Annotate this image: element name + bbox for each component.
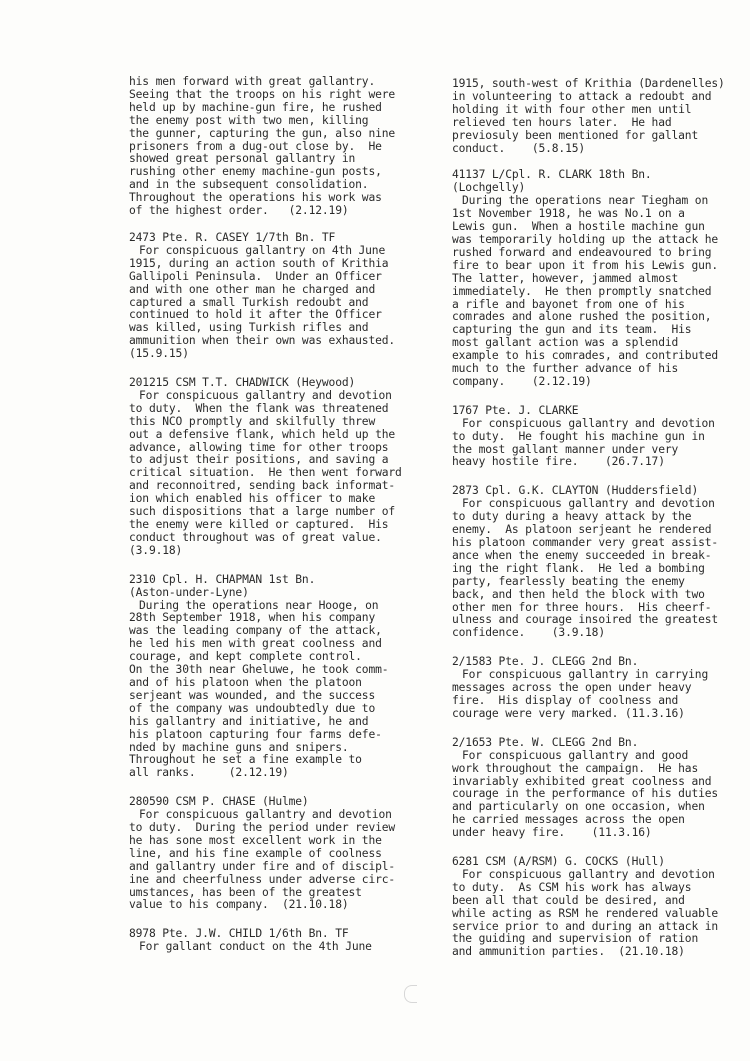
citation-entry: 201215 CSM T.T. CHADWICK (Heywood)For co… — [129, 377, 429, 558]
text-line: For conspicuous gallantry on 4th June — [129, 245, 429, 258]
text-line: ance when the enemy succeeded in break- — [452, 550, 747, 563]
text-line: For conspicuous gallantry and devotion — [129, 390, 429, 403]
text-line: to duty. As CSM his work has always — [452, 882, 747, 895]
text-line: serjeant was wounded, and the success — [129, 690, 429, 703]
text-line: this NCO promptly and skilfully threw — [129, 416, 429, 429]
text-line: he has sone most excellent work in the — [129, 835, 429, 848]
text-line: immediately. He then promptly snatched — [452, 286, 747, 299]
text-line: For conspicuous gallantry and devotion — [452, 869, 747, 882]
text-line: his platoon capturing four farms defe- — [129, 729, 429, 742]
citation-entry: 1767 Pte. J. CLARKEFor conspicuous galla… — [452, 405, 747, 470]
citation-entry: 2/1583 Pte. J. CLEGG 2nd Bn.For conspicu… — [452, 656, 747, 721]
entry-heading: 6281 CSM (A/RSM) G. COCKS (Hull) — [452, 856, 747, 869]
entry-heading: 2/1653 Pte. W. CLEGG 2nd Bn. — [452, 737, 747, 750]
text-line: to duty. When the flank was threatened — [129, 403, 429, 416]
text-line: in volunteering to attack a redoubt and — [452, 91, 747, 104]
text-line: held up by machine-gun fire, he rushed — [129, 102, 429, 115]
text-line: party, fearlessly beating the enemy — [452, 576, 747, 589]
text-line: his gallantry and initiative, he and — [129, 716, 429, 729]
text-line: the gunner, capturing the gun, also nine — [129, 128, 429, 141]
text-line: conduct throughout was of great value. — [129, 532, 429, 545]
text-line: and ammunition parties. (21.10.18) — [452, 946, 747, 959]
text-line: all ranks. (2.12.19) — [129, 767, 429, 780]
text-line: (3.9.18) — [129, 545, 429, 558]
text-line: value to his company. (21.10.18) — [129, 899, 429, 912]
text-line: 1915, during an action south of Krithia — [129, 258, 429, 271]
entry-heading: 1767 Pte. J. CLARKE — [452, 405, 747, 418]
text-line: confidence. (3.9.18) — [452, 627, 747, 640]
text-line: line, and his fine example of coolness — [129, 848, 429, 861]
text-line: and of his platoon when the platoon — [129, 677, 429, 690]
text-line: been all that could be desired, and — [452, 895, 747, 908]
text-line: to duty. During the period under review — [129, 822, 429, 835]
citation-entry: 2873 Cpl. G.K. CLAYTON (Huddersfield)For… — [452, 485, 747, 640]
entry-heading-location: (Aston-under-Lyne) — [129, 587, 429, 600]
entry-heading: 2310 Cpl. H. CHAPMAN 1st Bn. — [129, 574, 429, 587]
text-line: of the company was undoubtedly due to — [129, 703, 429, 716]
text-line: fire to bear upon it from his Lewis gun. — [452, 260, 747, 273]
text-line: fire. His display of coolness and — [452, 695, 747, 708]
text-line: holding it with four other men until — [452, 104, 747, 117]
entries-list: 2473 Pte. R. CASEY 1/7th Bn. TFFor consp… — [129, 232, 429, 954]
left-column: his men forward with great gallantry.See… — [129, 76, 429, 970]
text-line: For conspicuous gallantry and devotion — [452, 418, 747, 431]
text-line: was temporarily holding up the attack he — [452, 234, 747, 247]
text-line: of the highest order. (2.12.19) — [129, 205, 429, 218]
text-line: previosuly been mentioned for gallant — [452, 130, 747, 143]
text-line: heavy hostile fire. (26.7.17) — [452, 456, 747, 469]
entry-heading: 201215 CSM T.T. CHADWICK (Heywood) — [129, 377, 429, 390]
citation-entry: 2473 Pte. R. CASEY 1/7th Bn. TFFor consp… — [129, 232, 429, 361]
text-line: ine and cheerfulness under adverse circ- — [129, 874, 429, 887]
continuation-entry: his men forward with great gallantry.See… — [129, 76, 429, 218]
text-line: much to the further advance of his — [452, 363, 747, 376]
text-line: company. (2.12.19) — [452, 376, 747, 389]
citation-entry: 8978 Pte. J.W. CHILD 1/6th Bn. TFFor gal… — [129, 928, 429, 954]
text-line: For gallant conduct on the 4th June — [129, 941, 429, 954]
text-line: and gallantry under fire and of discipl- — [129, 861, 429, 874]
citation-entry: 6281 CSM (A/RSM) G. COCKS (Hull)For cons… — [452, 856, 747, 959]
text-line: the enemy post with two men, killing — [129, 115, 429, 128]
continuation-entry: 1915, south-west of Krithia (Dardenelles… — [452, 78, 747, 155]
entries-list: 41137 L/Cpl. R. CLARK 18th Bn.(Lochgelly… — [452, 169, 747, 959]
text-line: For conspicuous gallantry and good — [452, 750, 747, 763]
text-line: back, and then held the block with two — [452, 589, 747, 602]
text-line: while acting as RSM he rendered valuable — [452, 908, 747, 921]
text-line: relieved ten hours later. He had — [452, 117, 747, 130]
right-column: 1915, south-west of Krithia (Dardenelles… — [452, 78, 747, 975]
citation-entry: 2/1653 Pte. W. CLEGG 2nd Bn.For conspicu… — [452, 737, 747, 840]
text-line: courage were very marked. (11.3.16) — [452, 708, 747, 721]
text-line: The latter, however, jammed almost — [452, 273, 747, 286]
text-line: out a defensive flank, which held up the — [129, 429, 429, 442]
text-line: (15.9.15) — [129, 348, 429, 361]
text-line: the enemy were killed or captured. His — [129, 519, 429, 532]
text-line: Gallipoli Peninsula. Under an Officer — [129, 271, 429, 284]
text-line: rushed forward and endeavoured to bring — [452, 247, 747, 260]
text-line: conduct. (5.8.15) — [452, 143, 747, 156]
citation-entry: 2310 Cpl. H. CHAPMAN 1st Bn.(Aston-under… — [129, 574, 429, 781]
text-line: his men forward with great gallantry. — [129, 76, 429, 89]
text-line: Seeing that the troops on his right were — [129, 89, 429, 102]
text-line: and with one other man he charged and — [129, 284, 429, 297]
text-line: ing the right flank. He led a bombing — [452, 563, 747, 576]
entry-heading: 2473 Pte. R. CASEY 1/7th Bn. TF — [129, 232, 429, 245]
citation-entry: 280590 CSM P. CHASE (Hulme)For conspicuo… — [129, 796, 429, 912]
page-mark-icon — [404, 985, 417, 1003]
text-line: 1915, south-west of Krithia (Dardenelles… — [452, 78, 747, 91]
citation-entry: 41137 L/Cpl. R. CLARK 18th Bn.(Lochgelly… — [452, 169, 747, 388]
text-line: work throughout the campaign. He has — [452, 763, 747, 776]
text-line: under heavy fire. (11.3.16) — [452, 827, 747, 840]
text-line: to duty. He fought his machine gun in — [452, 431, 747, 444]
text-line: his platoon commander very great assist- — [452, 537, 747, 550]
